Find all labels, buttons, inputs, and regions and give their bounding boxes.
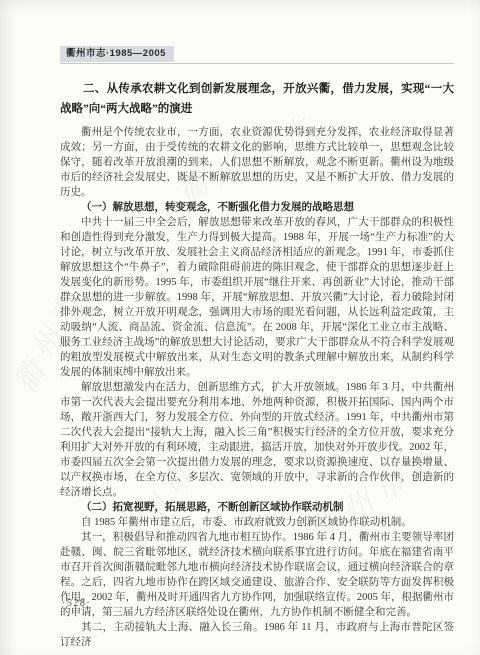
subsection-heading-2: （二）拓宽视野，拓展思路，不断创新区域协作联动机制 bbox=[60, 500, 454, 515]
running-header: 衢州市志·1985—2005 bbox=[60, 46, 454, 64]
paragraph: 中共十一届三中全会后，解放思想带来改革开放的春风，广大干部群众的积极性和创造性得… bbox=[60, 215, 454, 380]
section-title: 二、从传承农耕文化到创新发展理念，开放兴衢，借力发展，实现“一大战略”向“两大战… bbox=[60, 79, 454, 119]
paragraph: 其一，积极倡导和推动四省九地市相互协作。1986 年 4 月，衢州市主要领导率团… bbox=[60, 530, 454, 620]
paragraph: 解放思想激发内在活力，创新思维方式，扩大开放领域。1986 年 3 月，中共衢州… bbox=[60, 380, 454, 500]
book-title-band: 衢州市志·1985—2005 bbox=[60, 46, 174, 62]
subsection-heading-1: （一）解放思想，转变观念，不断强化借力发展的战略思想 bbox=[60, 200, 454, 215]
page-number: ·528· bbox=[62, 598, 91, 609]
page-content: 衢州市志·1985—2005 二、从传承农耕文化到创新发展理念，开放兴衢，借力发… bbox=[60, 46, 454, 650]
paragraph: 自 1985 年衢州市建立后，市委、市政府就致力创新区域协作联动机制。 bbox=[60, 515, 454, 530]
paragraph: 衢州是个传统农业市，一方面，农业资源优势得到充分发挥，农业经济取得显著成效；另一… bbox=[60, 125, 454, 200]
paragraph: 其二，主动接轨大上海、融入长三角。1986 年 11 月，市政府与上海市普陀区签… bbox=[60, 620, 454, 650]
